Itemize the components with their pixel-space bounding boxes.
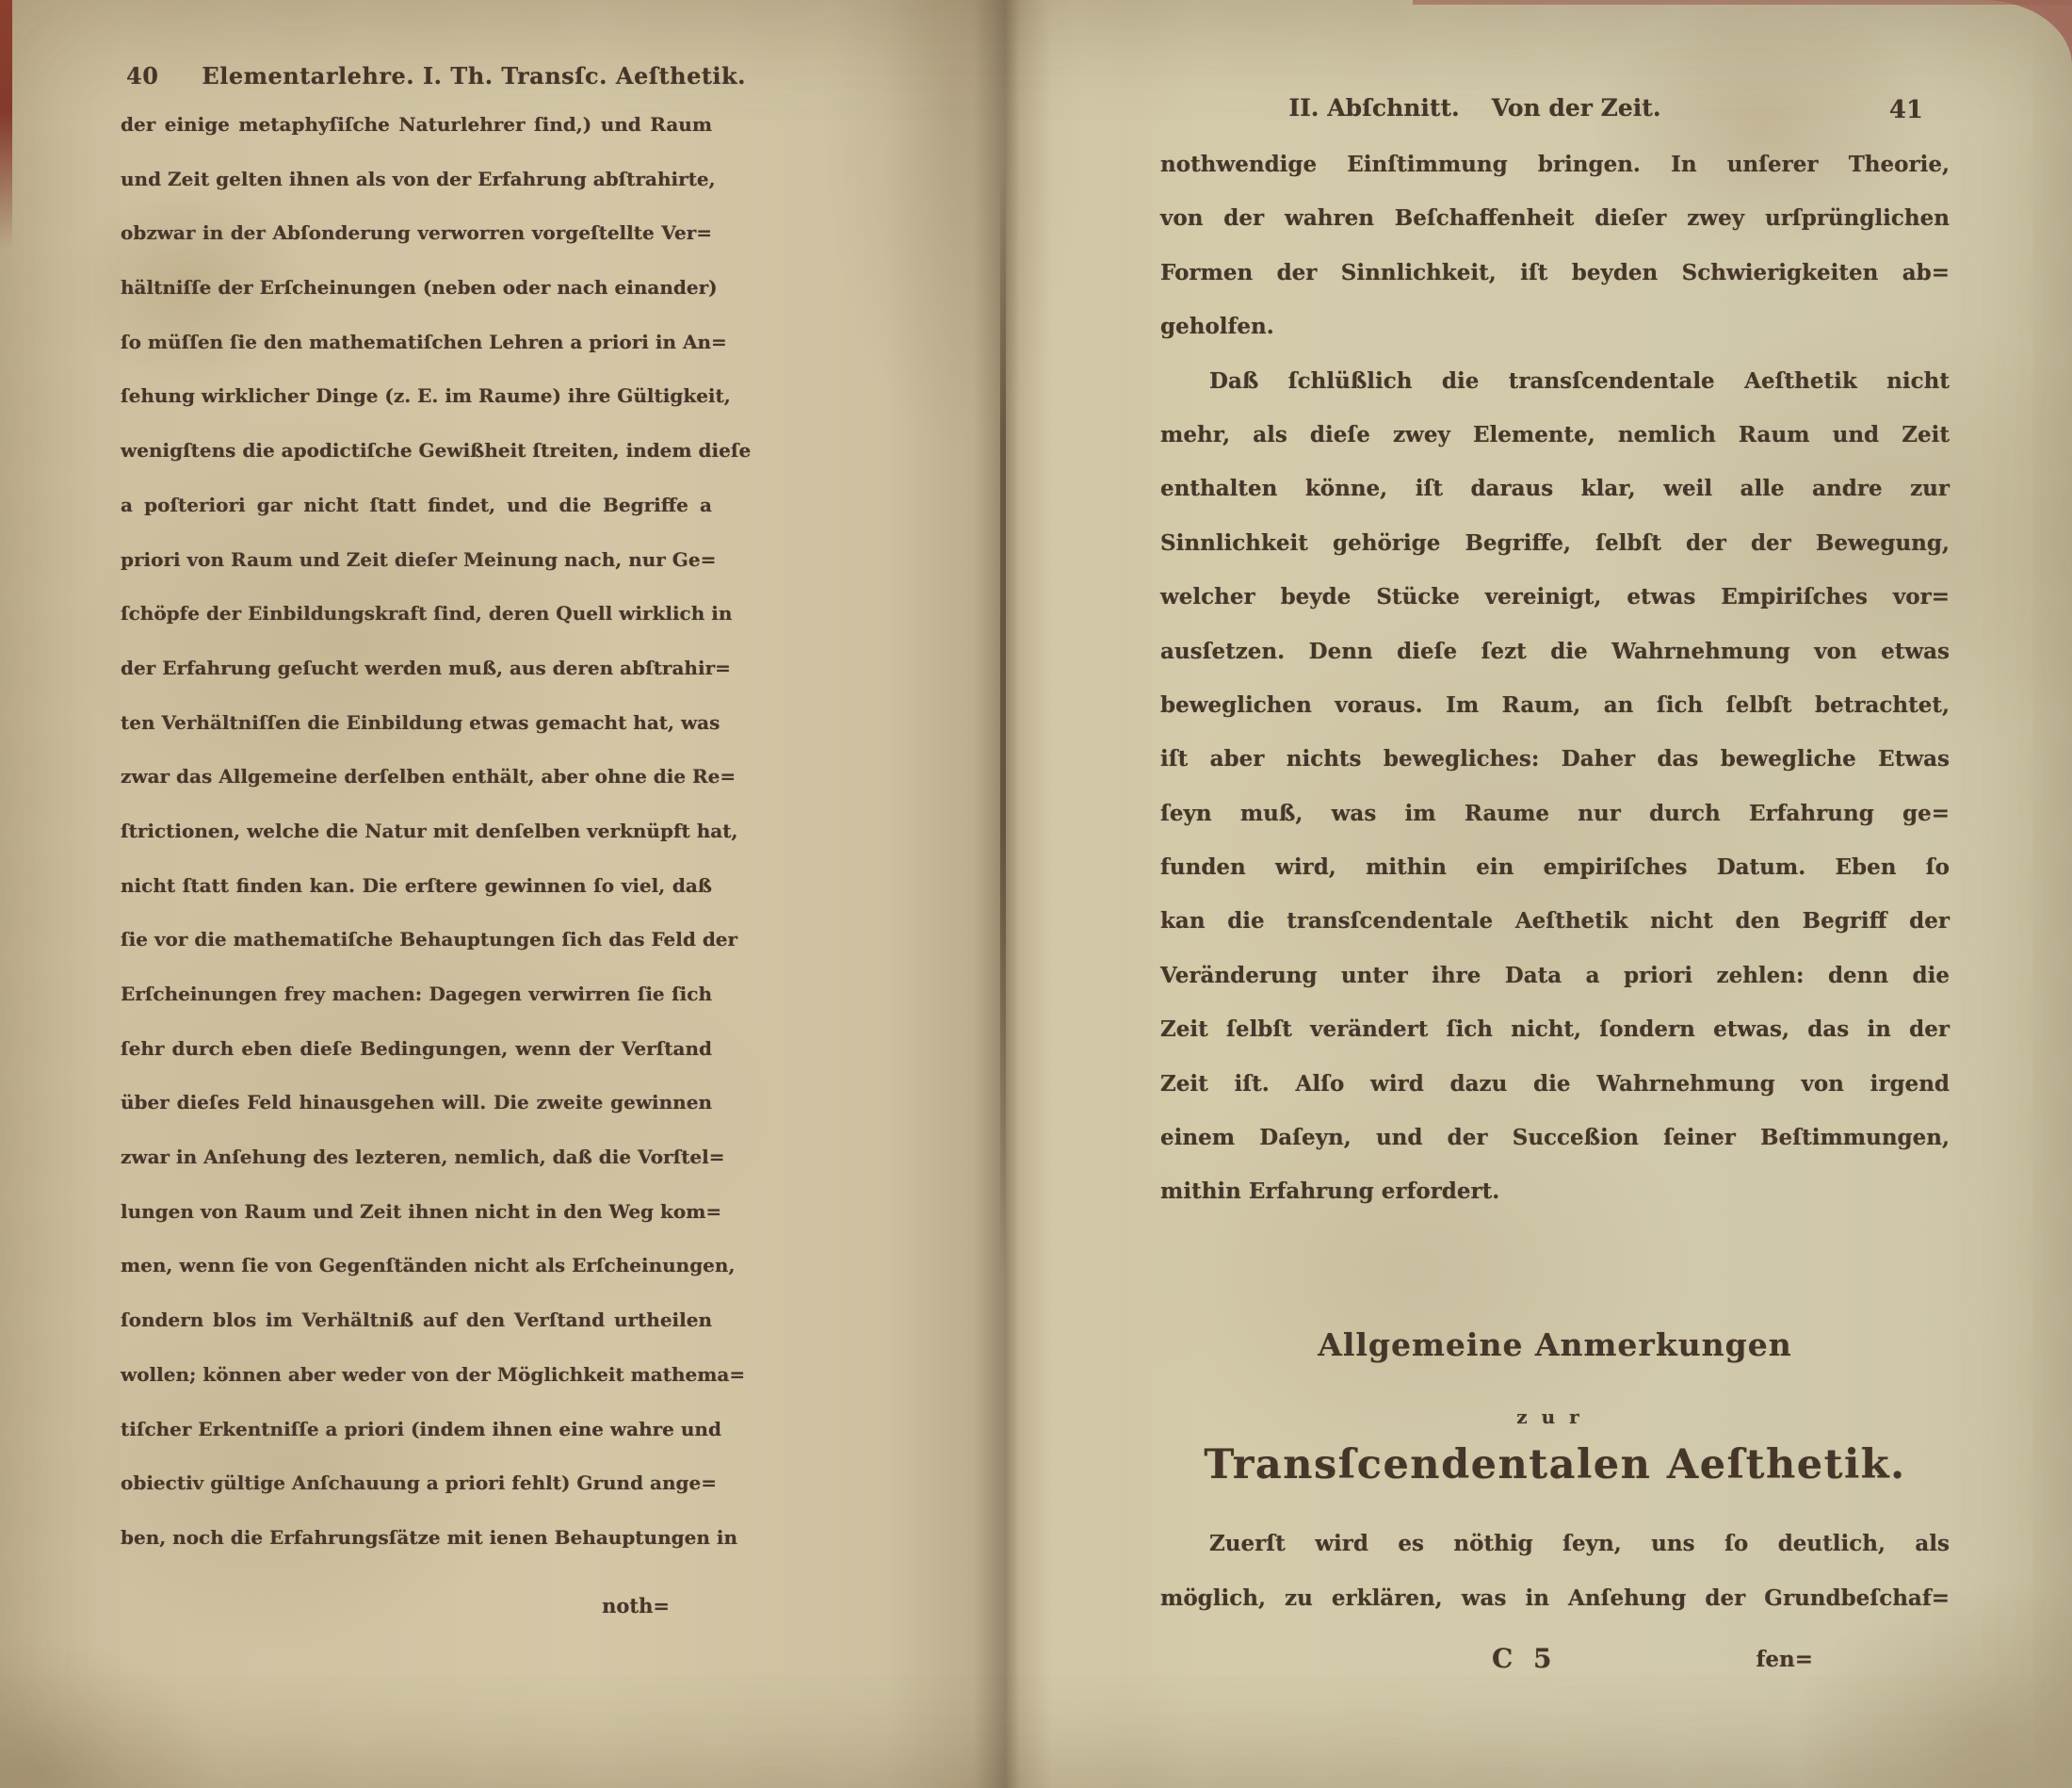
- text-line: hältniſſe der Erſcheinungen (neben oder …: [121, 274, 712, 329]
- text-line: welcher beyde Stücke vereinigt, etwas Em…: [1160, 581, 1950, 635]
- text-line: Zeit ſelbſt verändert ſich nicht, ſonder…: [1160, 1014, 1950, 1067]
- text-line: der Erfahrung geſucht werden muß, aus de…: [121, 655, 712, 709]
- text-line: ſtrictionen, welche die Natur mit denſel…: [121, 818, 712, 872]
- right-running-title: II. Abſchnitt. Von der Zeit.: [1160, 94, 1950, 122]
- signature-mark: C 5: [1492, 1643, 1558, 1674]
- right-page-body-text: nothwendige Einſtimmung bringen. In unſe…: [1160, 149, 1950, 1230]
- text-line: ſchöpfe der Einbildungskraft ſind, deren…: [121, 600, 712, 655]
- text-line: über dieſes Feld hinausgehen will. Die z…: [121, 1089, 712, 1144]
- text-line: zwar das Allgemeine derſelben enthält, a…: [121, 763, 712, 818]
- right-catchword: fen=: [1756, 1647, 1813, 1672]
- text-line: a poſteriori gar nicht ſtatt findet, und…: [121, 492, 712, 546]
- text-line: Daß ſchlüßlich die transſcendentale Aeſt…: [1160, 366, 1950, 419]
- right-running-title-chapter: Von der Zeit.: [1492, 94, 1661, 122]
- section-heading-line1: Allgemeine Anmerkungen: [1160, 1326, 1950, 1363]
- cover-left-edge: [0, 0, 12, 250]
- left-page-number: 40: [126, 62, 158, 89]
- section-heading-line2: zur: [1160, 1406, 1950, 1428]
- right-page-body-after-heading: Zuerſt wird es nöthig ſeyn, uns ſo deutl…: [1160, 1528, 1950, 1637]
- text-line: priori von Raum und Zeit dieſer Meinung …: [121, 546, 712, 601]
- right-page-number: 41: [1889, 96, 1923, 124]
- text-line: möglich, zu erklären, was in Anſehung de…: [1160, 1583, 1950, 1637]
- text-line: der einige metaphyſiſche Naturlehrer ſin…: [121, 111, 712, 166]
- text-line: ten Verhältniſſen die Einbildung etwas g…: [121, 709, 712, 764]
- left-running-title: Elementarlehre. I. Th. Transſc. Aeſtheti…: [202, 62, 746, 89]
- text-line: nothwendige Einſtimmung bringen. In unſe…: [1160, 149, 1950, 203]
- text-line: Sinnlichkeit gehörige Begriffe, ſelbſt d…: [1160, 528, 1950, 581]
- text-line: ben, noch die Erfahrungsſätze mit ienen …: [121, 1524, 712, 1579]
- text-line: wollen; können aber weder von der Möglic…: [121, 1361, 712, 1416]
- text-line: Formen der Sinnlichkeit, iſt beyden Schw…: [1160, 257, 1950, 311]
- text-line: zwar in Anſehung des lezteren, nemlich, …: [121, 1144, 712, 1198]
- text-line: lungen von Raum und Zeit ihnen nicht in …: [121, 1198, 712, 1253]
- section-heading-line3: Transſcendentalen Aeſthetik.: [1160, 1441, 1950, 1488]
- text-line: einem Daſeyn, und der Succeßion ſeiner B…: [1160, 1122, 1950, 1176]
- text-line: men, wenn ſie von Gegenſtänden nicht als…: [121, 1252, 712, 1307]
- left-page-body-text: der einige metaphyſiſche Naturlehrer ſin…: [121, 111, 712, 1579]
- text-line: ſehung wirklicher Dinge (z. E. im Raume)…: [121, 382, 712, 437]
- gutter-crease: [1000, 160, 1006, 1272]
- text-line: obiectiv gültige Anſchauung a priori feh…: [121, 1470, 712, 1524]
- text-line: ſondern blos im Verhältniß auf den Verſt…: [121, 1307, 712, 1361]
- text-line: ſehr durch eben dieſe Bedingungen, wenn …: [121, 1035, 712, 1090]
- text-line: iſt aber nichts bewegliches: Daher das b…: [1160, 743, 1950, 797]
- book-photo: 40 Elementarlehre. I. Th. Transſc. Aeſth…: [0, 0, 2072, 1788]
- text-line: und Zeit gelten ihnen als von der Erfahr…: [121, 166, 712, 220]
- right-page-header: II. Abſchnitt. Von der Zeit. 41: [1160, 94, 1950, 122]
- left-catchword: noth=: [602, 1594, 670, 1617]
- text-line: wenigſtens die apodictiſche Gewißheit ſt…: [121, 437, 712, 492]
- text-line: kan die transſcendentale Aeſthetik nicht…: [1160, 905, 1950, 959]
- text-line: ausſetzen. Denn dieſe ſezt die Wahrnehmu…: [1160, 636, 1950, 690]
- text-line: funden wird, mithin ein empiriſches Datu…: [1160, 852, 1950, 905]
- text-line: Veränderung unter ihre Data a priori zeh…: [1160, 960, 1950, 1014]
- left-page-header: 40 Elementarlehre. I. Th. Transſc. Aeſth…: [126, 62, 746, 89]
- text-line: ſie vor die mathematiſche Behauptungen ſ…: [121, 926, 712, 981]
- text-line: obzwar in der Abſonderung verworren vorg…: [121, 219, 712, 274]
- text-line: mehr, als dieſe zwey Elemente, nemlich R…: [1160, 419, 1950, 473]
- text-line: nicht ſtatt finden kan. Die erſtere gewi…: [121, 872, 712, 927]
- text-line: enthalten könne, iſt daraus klar, weil a…: [1160, 473, 1950, 527]
- page-gutter-shadow: [885, 0, 1130, 1788]
- right-running-title-section: II. Abſchnitt.: [1288, 94, 1459, 122]
- text-line: beweglichen voraus. Im Raum, an ſich ſel…: [1160, 690, 1950, 743]
- text-line: tiſcher Erkentniſſe a priori (indem ihne…: [121, 1416, 712, 1471]
- text-line: Zeit iſt. Alſo wird dazu die Wahrnehmung…: [1160, 1068, 1950, 1122]
- text-line: geholfen.: [1160, 311, 1950, 365]
- text-line: Zuerſt wird es nöthig ſeyn, uns ſo deutl…: [1160, 1528, 1950, 1583]
- text-line: mithin Erfahrung erfordert.: [1160, 1176, 1950, 1229]
- cover-top-edge: [1413, 0, 2072, 5]
- text-line: von der wahren Beſchaffenheit dieſer zwe…: [1160, 203, 1950, 256]
- text-line: ſeyn muß, was im Raume nur durch Erfahru…: [1160, 798, 1950, 852]
- text-line: Erſcheinungen frey machen: Dagegen verwi…: [121, 981, 712, 1035]
- text-line: ſo müſſen ſie den mathematiſchen Lehren …: [121, 329, 712, 383]
